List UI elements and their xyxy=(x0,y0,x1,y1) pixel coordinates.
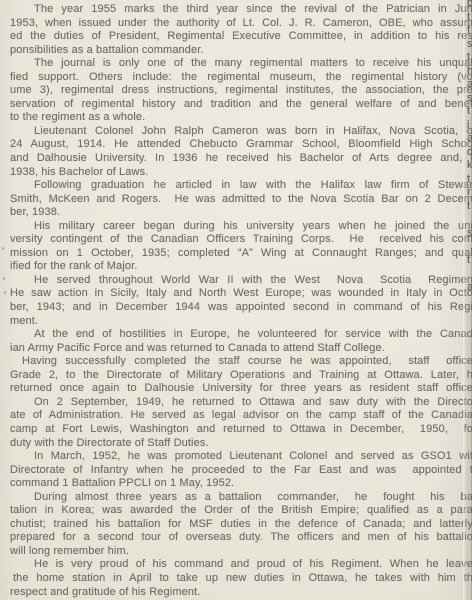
text-line: Following graduation he articled in law … xyxy=(10,179,472,193)
text-line: Lieutenant Colonel John Ralph Cameron wa… xyxy=(10,125,472,139)
text-line: command 1 Battalion PPCLI on 1 May, 1952… xyxy=(10,477,472,491)
text-line: ified for the rank of Major. xyxy=(10,260,472,274)
edge-text-fragment: f xyxy=(467,24,470,37)
edge-text-fragment: p xyxy=(467,0,472,10)
text-line: ber, 1943; and in December 1944 was appo… xyxy=(10,301,472,315)
text-line: In March, 1952, he was promoted Lieutena… xyxy=(10,450,472,464)
paper-speck xyxy=(3,277,5,280)
edge-text-fragment: d xyxy=(467,146,472,159)
text-line: and Dalhousie University. In 1936 he rec… xyxy=(10,152,472,166)
scanned-page: The year 1955 marks the third year since… xyxy=(0,0,472,600)
text-line: The year 1955 marks the third year since… xyxy=(10,3,472,17)
edge-text-fragment: t xyxy=(467,200,470,213)
text-line: During almost three years as a battalion… xyxy=(10,491,472,505)
edge-text-fragment: k xyxy=(467,159,472,172)
edge-text-fragment: h xyxy=(467,65,472,78)
page-text-block: The year 1955 marks the third year since… xyxy=(10,3,472,599)
edge-text-fragment: t xyxy=(467,173,470,186)
text-line: mission on 1 October, 1935; completed “A… xyxy=(10,247,472,261)
edge-text-fragment: t xyxy=(467,11,470,24)
edge-text-fragment: t xyxy=(467,105,470,118)
text-line: returned once again to Dalhousie Univers… xyxy=(10,382,472,396)
text-line: 1938, his Bachelor of Laws. xyxy=(10,166,472,180)
edge-text-fragment: s xyxy=(467,92,472,105)
text-line: to the regiment as a whole. xyxy=(10,111,472,125)
text-line: chutist; trained his battalion for MSF d… xyxy=(10,518,472,532)
text-line: ment. xyxy=(10,315,472,329)
text-line: ber, 1938. xyxy=(10,206,472,220)
text-line: 1953, when issued under the authority of… xyxy=(10,17,472,31)
text-line: Having successfully completed the staff … xyxy=(10,355,472,369)
text-line: fied support. Others include: the regime… xyxy=(10,71,472,85)
edge-text-fragment: s xyxy=(467,38,472,51)
text-line: He served throughout World War II with t… xyxy=(10,274,472,288)
text-line: He is very proud of his command and prou… xyxy=(10,558,472,572)
text-line: servation of regimental history and trad… xyxy=(10,98,472,112)
text-line: He saw action in Sicily, Italy and North… xyxy=(10,287,472,301)
text-line: ate of Administration. He served as lega… xyxy=(10,409,472,423)
edge-text-fragment: t xyxy=(467,254,470,267)
text-line: ed the duties of President, Regimental E… xyxy=(10,30,472,44)
text-line: 24 August, 1914. He attended Chebucto Gr… xyxy=(10,138,472,152)
text-line: prepared for a second tour of overseas d… xyxy=(10,531,472,545)
text-line: Grade 2, to the Directorate of Military … xyxy=(10,369,472,383)
text-line: will long remember him. xyxy=(10,545,472,559)
text-line: ume 3), regimental dress instructions, r… xyxy=(10,84,472,98)
edge-text-fragment: t xyxy=(467,51,470,64)
text-line: duty with the Directorate of Staff Dutie… xyxy=(10,437,472,451)
edge-text-fragment: a xyxy=(467,281,472,294)
text-line: respect and gratitude of his Regiment. xyxy=(10,586,472,600)
edge-text-fragment: s xyxy=(467,227,472,240)
paper-speck xyxy=(2,247,4,250)
text-line: Directorate of Infantry when he proceede… xyxy=(10,464,472,478)
edge-text-fragment: i xyxy=(467,119,469,132)
text-line: ian Army Pacific Force and was returned … xyxy=(10,342,472,356)
paper-speck xyxy=(4,291,6,294)
text-line: camp at Fort Lewis, Washington and retur… xyxy=(10,423,472,437)
edge-text-fragment: a xyxy=(467,132,472,145)
text-line: the home station in April to take up new… xyxy=(10,572,472,586)
edge-text-fragment: r xyxy=(467,186,471,199)
text-line: ponsibilities as a battalion commander. xyxy=(10,44,472,58)
text-line: Smith, McKeen and Rogers. He was admitte… xyxy=(10,193,472,207)
edge-text-fragment: a xyxy=(467,78,472,91)
text-line: versity contingent of the Canadian Offic… xyxy=(10,233,472,247)
text-line: talion in Korea; was awarded the Order o… xyxy=(10,504,472,518)
text-line: The journal is only one of the many regi… xyxy=(10,57,472,71)
text-line: At the end of hostilities in Europe, he … xyxy=(10,328,472,342)
text-line: His military career began during his uni… xyxy=(10,220,472,234)
text-line: On 2 September, 1949, he returned to Ott… xyxy=(10,396,472,410)
